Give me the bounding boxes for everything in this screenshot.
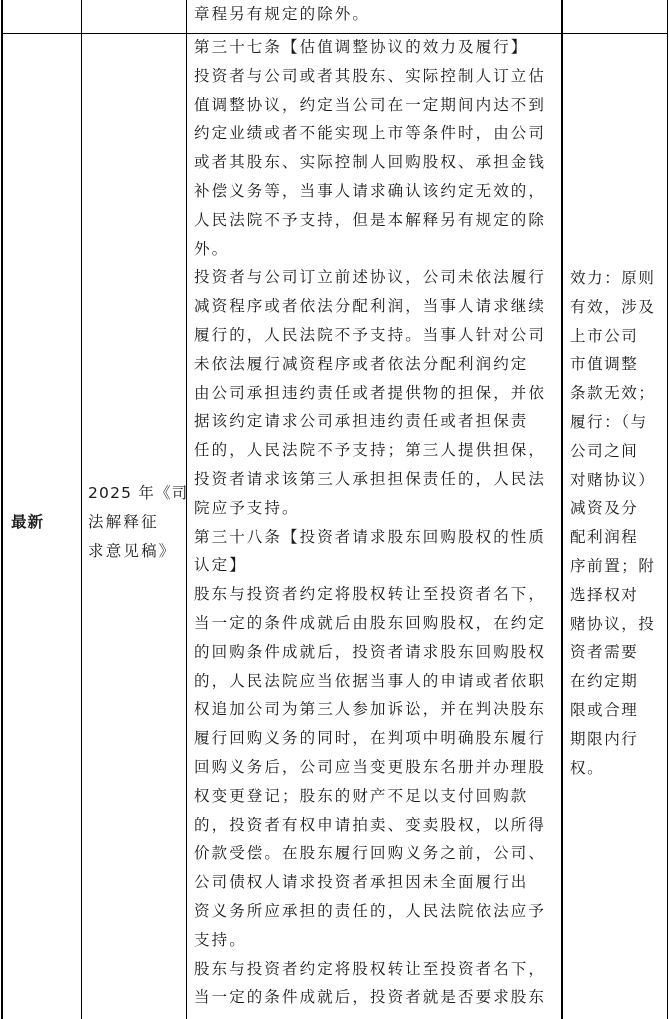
comment-line: 配利润程: [570, 523, 656, 552]
comment-line: 期限内行: [570, 725, 656, 754]
row-provision-cell: 第三十七条【估值调整协议的效力及履行】 投资者与公司或者其股东、实际控制人订立估…: [194, 33, 546, 1012]
provision-line: 值调整协议，约定当公司在一定期间内达不到: [194, 91, 546, 120]
provision-line: 第三十八条【投资者请求股东回购股权的性质: [194, 523, 546, 552]
provision-line: 投资者与公司或者其股东、实际控制人订立估: [194, 62, 546, 91]
provision-line: 的，人民法院应当依据当事人的申请或者依职: [194, 667, 546, 696]
comment-line: 效力：原则: [570, 264, 656, 293]
provision-line: 股东与投资者约定将股权转让至投资者名下，: [194, 955, 546, 984]
provision-line: 未依法履行减资程序或者依法分配利润约定: [194, 350, 546, 379]
provision-line: 的回购条件成就后，投资者请求股东回购股权: [194, 638, 546, 667]
comment-line: 减资及分: [570, 494, 656, 523]
comment-line: 条款无效；: [570, 379, 656, 408]
provision-line: 减资程序或者依法分配利润，当事人请求继续: [194, 292, 546, 321]
provision-line: 约定业绩或者不能实现上市等条件时，由公司: [194, 119, 546, 148]
provision-line: 据该约定请求公司承担违约责任或者担保责: [194, 407, 546, 436]
source-line: 2025 年《司: [88, 479, 188, 508]
provision-line: 任的，人民法院不予支持；第三人提供担保，: [194, 436, 546, 465]
provision-line: 院应予支持。: [194, 494, 546, 523]
comment-line: 上市公司: [570, 322, 656, 351]
provision-line: 当一定的条件成就后，投资者就是否要求股东: [194, 983, 546, 1012]
provision-line: 价款受偿。在股东履行回购义务之前，公司、: [194, 839, 546, 868]
provision-line: 权追加公司为第三人参加诉讼，并在判决股东: [194, 695, 546, 724]
provision-line: 公司债权人请求投资者承担因未全面履行出: [194, 868, 546, 897]
row-comment-cell: 效力：原则 有效，涉及 上市公司 市值调整 条款无效； 履行：（与 公司之间 对…: [570, 264, 656, 782]
provision-line: 回购义务后，公司应当变更股东名册并办理股: [194, 753, 546, 782]
table-divider-col3: [561, 0, 563, 1019]
provision-line: 履行的，人民法院不予支持。当事人针对公司: [194, 321, 546, 350]
table-border-left: [1, 0, 3, 1019]
provision-line: 补偿义务等，当事人请求确认该约定无效的，: [194, 177, 546, 206]
row-category-cell: 最新: [11, 508, 44, 537]
row-source-cell: 2025 年《司 法解释征 求意见稿》: [88, 479, 188, 565]
source-line: 求意见稿》: [88, 537, 188, 566]
comment-line: 有效，涉及: [570, 293, 656, 322]
category-label: 最新: [11, 508, 44, 537]
provision-line: 第三十七条【估值调整协议的效力及履行】: [194, 33, 546, 62]
source-line: 法解释征: [88, 508, 188, 537]
comment-line: 资者需要: [570, 638, 656, 667]
table-border-right: [667, 0, 669, 1019]
comment-line: 权。: [570, 754, 656, 783]
comment-line: 序前置；附: [570, 552, 656, 581]
comment-line: 公司之间: [570, 437, 656, 466]
provision-line: 支持。: [194, 926, 546, 955]
provision-line: 权变更登记；股东的财产不足以支付回购款: [194, 782, 546, 811]
text-line: 章程另有规定的除外。: [194, 0, 370, 29]
comment-line: 赌协议，投: [570, 610, 656, 639]
provision-line: 投资者请求该第三人承担担保责任的，人民法: [194, 465, 546, 494]
table-divider-col1: [81, 0, 83, 1019]
provision-line: 资义务所应承担的责任的，人民法院依法应予: [194, 897, 546, 926]
provision-line: 的，投资者有权申请拍卖、变卖股权，以所得: [194, 811, 546, 840]
comment-line: 在约定期: [570, 667, 656, 696]
comment-line: 对赌协议）: [570, 466, 656, 495]
provision-line: 或者其股东、实际控制人回购股权、承担金钱: [194, 148, 546, 177]
provision-line: 外。: [194, 235, 546, 264]
provision-line: 由公司承担违约责任或者提供物的担保，并依: [194, 379, 546, 408]
prev-row-provision-cell: 章程另有规定的除外。: [194, 0, 370, 29]
provision-line: 当一定的条件成就后由股东回购股权，在约定: [194, 609, 546, 638]
comment-line: 市值调整: [570, 350, 656, 379]
provision-line: 履行回购义务的同时，在判项中明确股东履行: [194, 724, 546, 753]
provision-line: 人民法院不予支持，但是本解释另有规定的除: [194, 206, 546, 235]
comment-line: 限或合理: [570, 696, 656, 725]
provision-line: 投资者与公司订立前述协议，公司未依法履行: [194, 263, 546, 292]
comment-line: 履行：（与: [570, 408, 656, 437]
provision-line: 认定】: [194, 551, 546, 580]
comment-line: 选择权对: [570, 581, 656, 610]
provision-line: 股东与投资者约定将股权转让至投资者名下，: [194, 580, 546, 609]
